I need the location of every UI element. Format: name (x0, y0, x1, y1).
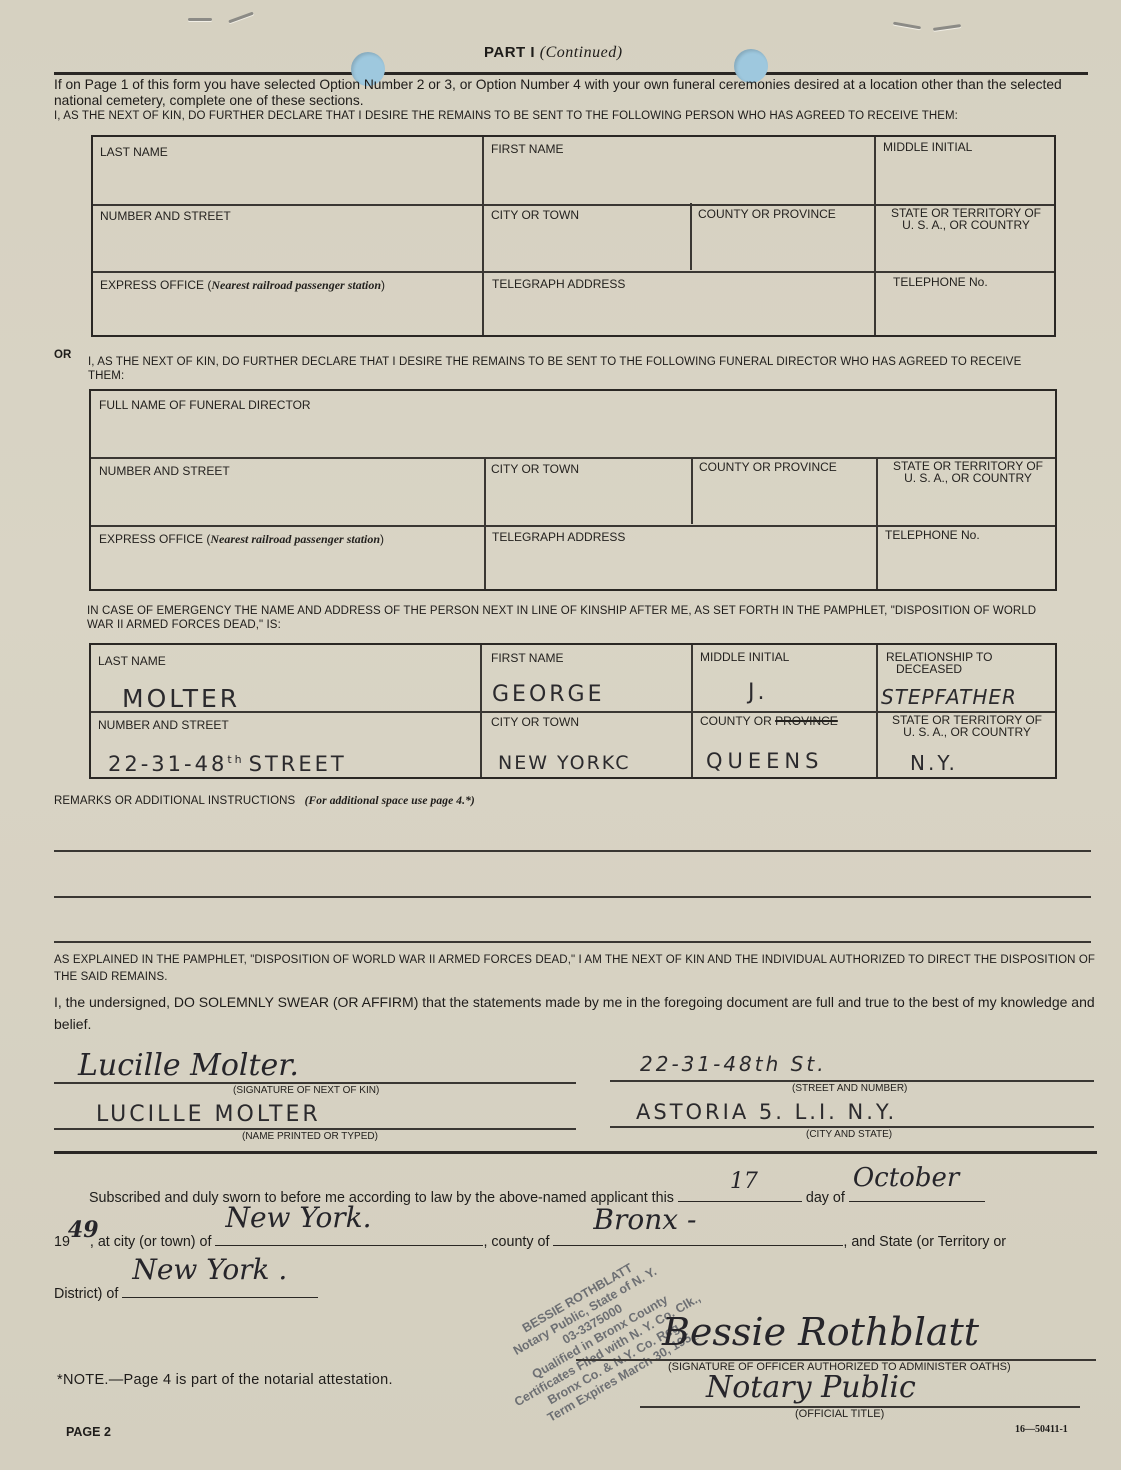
director-state-field[interactable]: STATE OR TERRITORY OF U. S. A., OR COUNT… (882, 460, 1054, 484)
divider (93, 271, 1054, 273)
sworn-city-field[interactable]: New York. (215, 1232, 483, 1246)
printed-name-line (54, 1128, 576, 1130)
kin-state-label: STATE OR TERRITORY OF U. S. A., OR COUNT… (880, 714, 1054, 738)
value-sup: th (227, 753, 244, 766)
divider (484, 458, 486, 589)
value-text: 22-31-48 (108, 752, 227, 776)
recipient-person-table (91, 135, 1056, 337)
staple-left-b (228, 12, 253, 24)
kin-last-name-value[interactable]: MOLTER (122, 684, 240, 713)
sworn-district-field[interactable]: New York . (122, 1284, 318, 1298)
official-title-caption: (OFFICIAL TITLE) (795, 1408, 884, 1420)
person-state-field[interactable]: STATE OR TERRITORY OF U. S. A., OR COUNT… (880, 207, 1052, 231)
kin-relationship-label: RELATIONSHIP TO DECEASED (886, 651, 992, 675)
sworn-month-field[interactable]: October (849, 1188, 985, 1202)
kin-city-label: CITY OR TOWN (491, 716, 579, 728)
intro-paragraph: If on Page 1 of this form you have selec… (54, 77, 1094, 109)
label-line: U. S. A., OR COUNTRY (880, 726, 1054, 738)
director-full-name-field[interactable]: FULL NAME OF FUNERAL DIRECTOR (99, 399, 311, 411)
sworn-year-value: 49 (68, 1222, 99, 1238)
sworn-text: , county of (483, 1234, 549, 1250)
director-county-field[interactable]: COUNTY OR PROVINCE (699, 461, 837, 473)
kin-county-value[interactable]: QUEENS (706, 749, 823, 773)
sworn-text: District) of (54, 1286, 118, 1302)
sworn-city-value: New York. (225, 1210, 371, 1226)
divider (91, 525, 1055, 527)
label-text: EXPRESS OFFICE ( (100, 278, 211, 292)
printed-name-value[interactable]: LUCILLE MOLTER (96, 1102, 321, 1127)
director-express-office-field[interactable]: EXPRESS OFFICE (Nearest railroad passeng… (99, 533, 384, 545)
street-caption: (STREET AND NUMBER) (792, 1083, 907, 1094)
kin-number-street-label: NUMBER AND STREET (98, 719, 229, 731)
label-text: EXPRESS OFFICE ( (99, 532, 210, 546)
kin-number-street-value[interactable]: 22-31-48thSTREET (108, 752, 347, 776)
value-text: STREET (249, 752, 347, 776)
funeral-director-table (89, 389, 1057, 591)
title-rule (54, 72, 1088, 75)
label-line: DECEASED (886, 663, 992, 675)
divider (876, 458, 878, 589)
label-text: ) (380, 532, 384, 546)
official-title-value[interactable]: Notary Public (706, 1370, 916, 1405)
person-first-name-field[interactable]: FIRST NAME (491, 143, 563, 155)
kin-first-name-value[interactable]: GEORGE (492, 682, 605, 707)
sworn-text: Subscribed and duly sworn to before me a… (89, 1190, 674, 1206)
person-express-office-field[interactable]: EXPRESS OFFICE (Nearest railroad passeng… (100, 279, 385, 291)
label-text: ) (381, 278, 385, 292)
label-line: U. S. A., OR COUNTRY (880, 219, 1052, 231)
printed-name-caption: (NAME PRINTED OR TYPED) (242, 1131, 378, 1142)
kin-relationship-value[interactable]: STEPFATHER (881, 685, 1017, 709)
street-value[interactable]: 22-31-48th St. (640, 1052, 827, 1076)
sworn-district-value: New York . (132, 1262, 287, 1278)
kin-county-label: COUNTY OR PROVINCE (700, 715, 838, 727)
kin-state-value[interactable]: N.Y. (910, 751, 958, 775)
person-county-field[interactable]: COUNTY OR PROVINCE (698, 208, 836, 220)
kin-middle-initial-value[interactable]: J. (748, 680, 767, 705)
footer-note: *NOTE.—Page 4 is part of the notarial at… (57, 1372, 393, 1388)
struck-label-text: PROVINCE (775, 714, 838, 728)
kin-middle-initial-label: MIDDLE INITIAL (700, 651, 789, 663)
person-number-street-field[interactable]: NUMBER AND STREET (100, 210, 231, 222)
remarks-label: REMARKS OR ADDITIONAL INSTRUCTIONS (For … (54, 794, 475, 808)
person-last-name-field[interactable]: LAST NAME (100, 146, 168, 158)
officer-signature[interactable]: Bessie Rothblatt (662, 1310, 979, 1354)
part-title: PART I (Continued) (484, 44, 623, 62)
city-state-value[interactable]: ASTORIA 5. L.I. N.Y. (636, 1100, 897, 1124)
sworn-year-field[interactable]: 49 (70, 1232, 90, 1246)
oath-statement: I, the undersigned, DO SOLEMNLY SWEAR (O… (54, 991, 1099, 1035)
person-declaration: I, AS THE NEXT OF KIN, DO FURTHER DECLAR… (54, 109, 1094, 123)
person-middle-initial-field[interactable]: MIDDLE INITIAL (883, 141, 972, 153)
director-declaration: I, AS THE NEXT OF KIN, DO FURTHER DECLAR… (88, 355, 1058, 383)
director-telegraph-field[interactable]: TELEGRAPH ADDRESS (492, 531, 625, 543)
signature-caption: (SIGNATURE OF NEXT OF KIN) (233, 1085, 379, 1096)
sworn-line-2: 1949, at city (or town) of New York. , c… (54, 1232, 1104, 1250)
remarks-note: (For additional space use page 4.*) (305, 795, 475, 807)
street-line (610, 1080, 1094, 1082)
label-text: COUNTY OR (700, 714, 775, 728)
divider (691, 645, 693, 777)
city-state-line (610, 1126, 1094, 1128)
person-telephone-field[interactable]: TELEPHONE No. (893, 276, 988, 288)
city-state-caption: (CITY AND STATE) (806, 1129, 892, 1140)
form-number: 16—50411-1 (1015, 1424, 1068, 1435)
divider (480, 645, 482, 777)
kin-first-name-label: FIRST NAME (491, 652, 563, 664)
or-label: OR (54, 348, 71, 362)
director-city-field[interactable]: CITY OR TOWN (491, 463, 579, 475)
label-text: REMARKS OR ADDITIONAL INSTRUCTIONS (54, 795, 295, 807)
form-page: PART I (Continued) If on Page 1 of this … (0, 0, 1121, 1470)
emergency-intro: IN CASE OF EMERGENCY THE NAME AND ADDRES… (87, 604, 1062, 632)
next-of-kin-signature[interactable]: Lucille Molter. (78, 1048, 299, 1083)
part-title-suffix: (Continued) (540, 44, 623, 61)
sworn-text: , and State (or Territory or (843, 1234, 1006, 1250)
remarks-line-2[interactable] (54, 896, 1091, 898)
kin-last-name-label: LAST NAME (98, 655, 166, 667)
person-telegraph-field[interactable]: TELEGRAPH ADDRESS (492, 278, 625, 290)
label-italic: Nearest railroad passenger station (210, 532, 380, 546)
remarks-line-1[interactable] (54, 850, 1091, 852)
sworn-county-field[interactable]: Bronx - (553, 1232, 843, 1246)
divider (690, 203, 692, 270)
part-title-text: PART I (484, 44, 535, 61)
divider (691, 458, 693, 524)
person-city-field[interactable]: CITY OR TOWN (491, 209, 579, 221)
sworn-line-3: District) of New York . (54, 1284, 318, 1302)
staple-right-b (933, 24, 961, 31)
signature-line (54, 1082, 576, 1084)
sworn-text: , at city (or town) of (90, 1234, 212, 1250)
kin-city-value[interactable]: NEW YORKC (498, 752, 630, 774)
label-italic: Nearest railroad passenger station (211, 278, 381, 292)
staple-left-a (188, 18, 212, 21)
director-number-street-field[interactable]: NUMBER AND STREET (99, 465, 230, 477)
page-number: PAGE 2 (66, 1425, 111, 1439)
authorization-statement: AS EXPLAINED IN THE PAMPHLET, "DISPOSITI… (54, 952, 1099, 986)
divider (482, 137, 484, 335)
sworn-month-value: October (853, 1170, 959, 1186)
divider (874, 137, 876, 335)
divider (876, 645, 878, 777)
sworn-text: day of (806, 1190, 845, 1206)
sworn-day-value: 17 (730, 1174, 758, 1190)
remarks-line-3[interactable] (54, 941, 1091, 943)
label-line: U. S. A., OR COUNTRY (882, 472, 1054, 484)
staple-right-a (893, 22, 921, 30)
director-telephone-field[interactable]: TELEPHONE No. (885, 529, 980, 541)
sworn-day-field[interactable]: 17 (678, 1188, 802, 1202)
sworn-county-value: Bronx - (593, 1212, 696, 1228)
signature-block-rule (54, 1151, 1097, 1154)
